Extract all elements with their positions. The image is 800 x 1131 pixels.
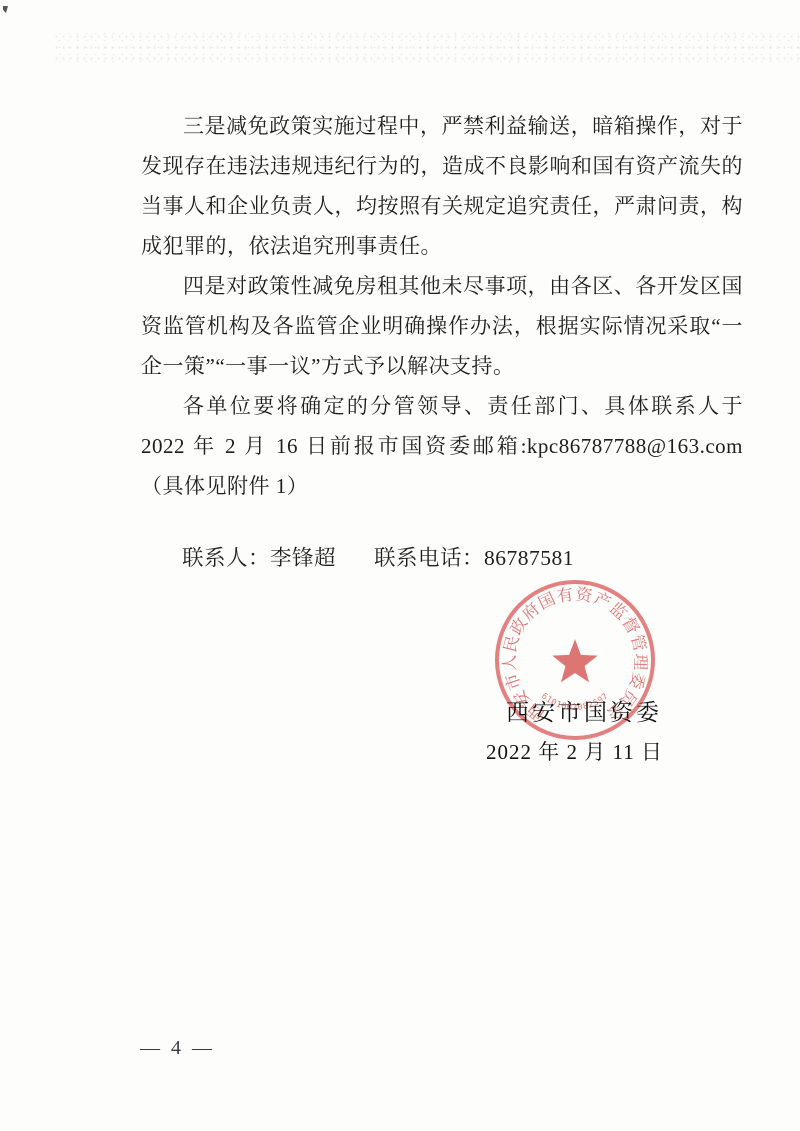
official-seal: 西安市人民政府国有资产监督管理委员会 6101002082597 bbox=[492, 577, 658, 743]
page-number: — 4 — bbox=[140, 1037, 215, 1060]
contact-person-name: 李锋超 bbox=[270, 546, 336, 570]
document-body: 三是减免政策实施过程中，严禁利益输送，暗箱操作，对于发现存在违法违规违纪行为的，… bbox=[141, 106, 743, 506]
star-icon bbox=[552, 639, 598, 682]
paragraph-reporting: 各单位要将确定的分管领导、责任部门、具体联系人于 2022 年 2 月 16 日… bbox=[141, 386, 743, 506]
contact-line: 联系人：李锋超联系电话：86787581 bbox=[182, 541, 574, 572]
seal-serial-number: 6101002082597 bbox=[539, 691, 611, 713]
paragraph-three: 三是减免政策实施过程中，严禁利益输送，暗箱操作，对于发现存在违法违规违纪行为的，… bbox=[141, 106, 743, 266]
scanned-document-page: { "page": { "background": "#fdfdfc", "nu… bbox=[0, 0, 800, 1131]
contact-person-label: 联系人： bbox=[182, 546, 270, 570]
scan-artifact-mark bbox=[3, 6, 8, 13]
contact-phone-number: 86787581 bbox=[484, 546, 574, 570]
svg-text:6101002082597: 6101002082597 bbox=[539, 691, 611, 713]
paragraph-four: 四是对政策性减免房租其他未尽事项，由各区、各开发区国资监管机构及各监管企业明确操… bbox=[141, 266, 743, 386]
scan-noise-band bbox=[55, 30, 800, 64]
contact-phone-label: 联系电话： bbox=[374, 546, 484, 570]
